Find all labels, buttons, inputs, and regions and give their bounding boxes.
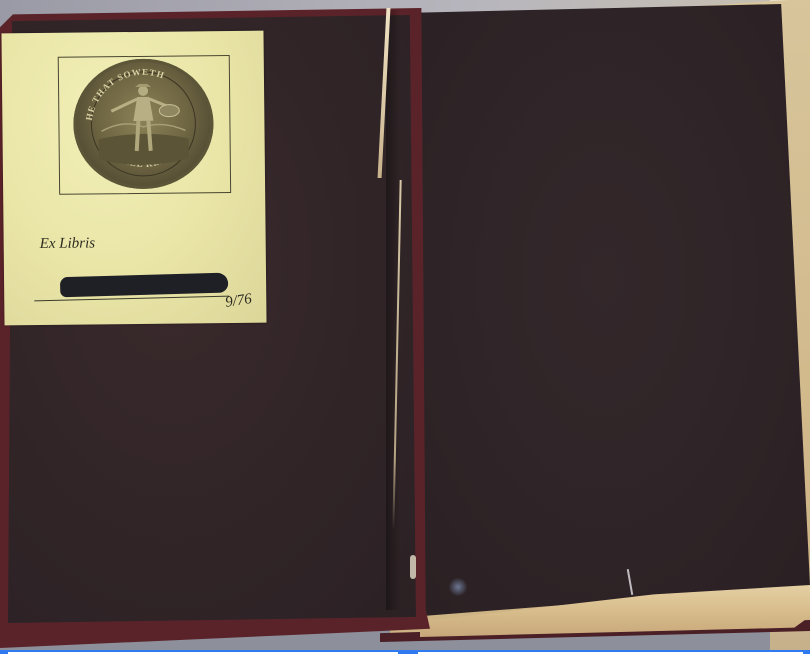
bookplate: HE THAT SOWETH SHALL REAP bbox=[1, 31, 266, 326]
sower-figure-icon: HE THAT SOWETH SHALL REAP bbox=[73, 58, 214, 189]
redacted-owner-name bbox=[60, 273, 228, 298]
handwritten-date: 9/76 bbox=[224, 291, 253, 312]
right-endpaper bbox=[398, 4, 810, 616]
ex-libris-heading: Ex Libris bbox=[40, 235, 96, 253]
wear-mark bbox=[410, 555, 416, 579]
medallion-seal-icon: HE THAT SOWETH SHALL REAP bbox=[73, 58, 214, 189]
book-photo: HE THAT SOWETH SHALL REAP bbox=[0, 0, 810, 654]
medallion-frame: HE THAT SOWETH SHALL REAP bbox=[58, 55, 231, 195]
smudge-mark bbox=[448, 578, 468, 596]
svg-text:HE THAT SOWETH: HE THAT SOWETH bbox=[83, 66, 166, 121]
